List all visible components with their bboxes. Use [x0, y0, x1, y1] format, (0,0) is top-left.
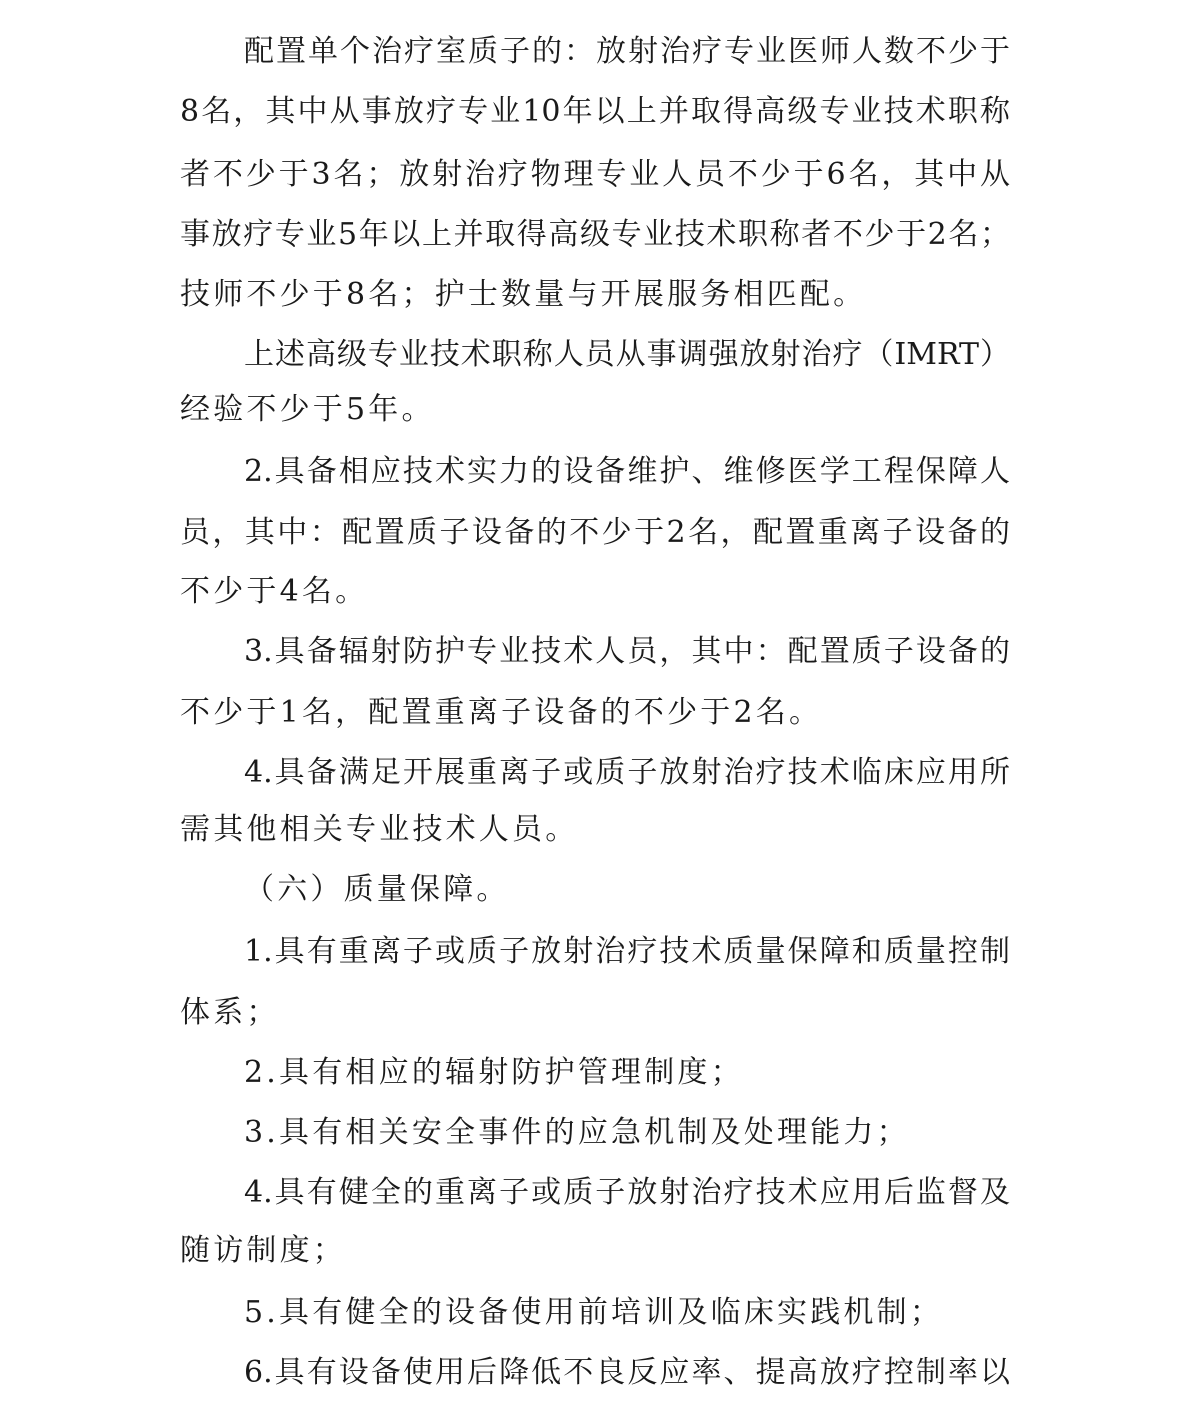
- paragraph-line: 需其他相关专业技术人员。: [180, 808, 1010, 852]
- list-item-line: 5.具有健全的设备使用前培训及临床实践机制；: [244, 1291, 1010, 1335]
- list-item-line: 2.具有相应的辐射防护管理制度；: [244, 1051, 1010, 1095]
- list-item-line: 1.具有重离子或质子放射治疗技术质量保障和质量控制: [244, 930, 1010, 974]
- paragraph-line: 事放疗专业5年以上并取得高级专业技术职称者不少于2名；: [180, 213, 1010, 257]
- list-item-line: 随访制度；: [180, 1229, 1010, 1273]
- paragraph-line: 上述高级专业技术职称人员从事调强放射治疗（IMRT）: [244, 333, 1010, 377]
- paragraph-line: 4.具备满足开展重离子或质子放射治疗技术临床应用所: [244, 751, 1010, 795]
- list-item-line: 3.具有相关安全事件的应急机制及处理能力；: [244, 1111, 1010, 1155]
- list-item-line: 6.具有设备使用后降低不良反应率、提高放疗控制率以: [244, 1351, 1010, 1395]
- paragraph-line: 3.具备辐射防护专业技术人员，其中：配置质子设备的: [244, 630, 1010, 674]
- paragraph-line: 员，其中：配置质子设备的不少于2名，配置重离子设备的: [180, 511, 1010, 555]
- paragraph-line: 不少于4名。: [180, 570, 1010, 614]
- section-heading: （六）质量保障。: [244, 868, 1074, 912]
- paragraph-line: 8名，其中从事放疗专业10年以上并取得高级专业技术职称: [180, 90, 1010, 134]
- paragraph-line: 技师不少于8名；护士数量与开展服务相匹配。: [180, 273, 1010, 317]
- list-item-line: 4.具有健全的重离子或质子放射治疗技术应用后监督及: [244, 1171, 1010, 1215]
- paragraph-line: 不少于1名，配置重离子设备的不少于2名。: [180, 691, 1010, 735]
- document-page: 配置单个治疗室质子的：放射治疗专业医师人数不少于 8名，其中从事放疗专业10年以…: [0, 0, 1190, 1403]
- paragraph-line: 2.具备相应技术实力的设备维护、维修医学工程保障人: [244, 450, 1010, 494]
- paragraph-line: 经验不少于5年。: [180, 388, 1010, 432]
- list-item-line: 体系；: [180, 991, 1010, 1035]
- paragraph-line: 配置单个治疗室质子的：放射治疗专业医师人数不少于: [244, 30, 1010, 74]
- paragraph-line: 者不少于3名；放射治疗物理专业人员不少于6名，其中从: [180, 153, 1010, 197]
